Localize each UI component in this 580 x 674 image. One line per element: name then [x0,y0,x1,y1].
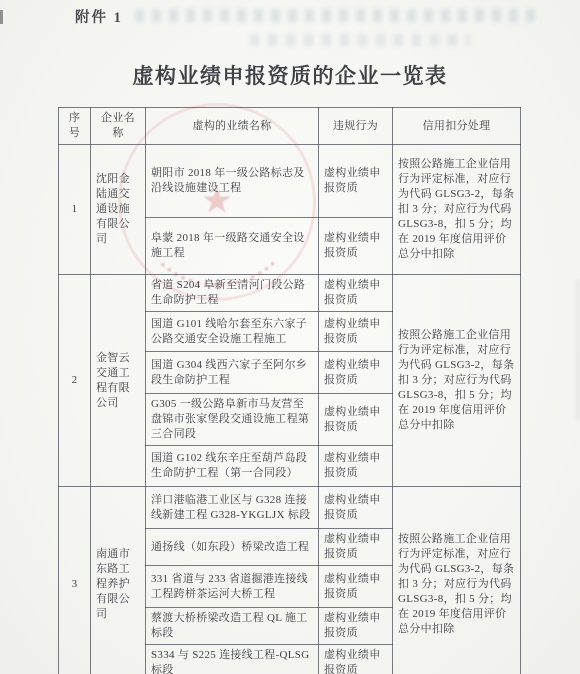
project-cell: 国道 G102 线东辛庄至葫芦岛段生命防护工程（第一合同段） [146,446,319,487]
company-cell: 金智云交通工程有限公司 [91,275,146,487]
bleed-through-text-second-line [250,34,470,46]
attachment-label: 附件 1 [75,6,123,27]
violation-cell: 虚构业绩申报资质 [319,312,393,352]
company-cell: 南通市东路工程养护有限公司 [91,487,146,674]
header-project: 虚构的业绩名称 [146,108,319,145]
seq-cell: 2 [59,275,91,487]
company-cell: 沈阳金陆通交通设施有限公司 [91,145,146,275]
project-cell: G305 一级公路阜新市马友营至盘锦市张家堡段交通设施工程第三合同段 [146,394,319,446]
scan-speck [0,10,3,24]
credit-penalty-cell: 按照公路施工企业信用行为评定标准，对应行为代码 GLSG3-2，每条扣 3 分；… [393,275,521,487]
scan-streak [576,280,580,420]
project-cell: 洋口港临港工业区与 G328 连接线新建工程 G328-YKGLJX 标段 [146,487,319,529]
violation-cell: 虚构业绩申报资质 [319,394,393,446]
project-cell: 331 省道与 233 省道掘港连接线工程跨栟茶运河大桥工程 [146,566,319,608]
violation-cell: 虚构业绩申报资质 [319,218,393,275]
violation-cell: 虚构业绩申报资质 [319,275,393,312]
seq-cell: 3 [59,487,91,674]
header-company: 企业名称 [91,108,146,145]
header-credit-penalty: 信用扣分处理 [393,108,521,145]
project-cell: 阜蒙 2018 年一级路交通安全设施工程 [146,218,319,275]
violation-cell: 虚构业绩申报资质 [319,446,393,487]
project-cell: 通扬线（如东段）桥梁改造工程 [146,529,319,566]
enterprise-list-table: 序号 企业名称 虚构的业绩名称 违规行为 信用扣分处理 1 沈阳金陆通交通设施有… [58,107,521,674]
project-cell: 蔡渡大桥桥梁改造工程 QL 施工标段 [146,608,319,645]
violation-cell: 虚构业绩申报资质 [319,487,393,529]
violation-cell: 虚构业绩申报资质 [319,145,393,218]
violation-cell: 虚构业绩申报资质 [319,529,393,566]
table-row: 1 沈阳金陆通交通设施有限公司 朝阳市 2018 年一级公路标志及沿线设施建设工… [59,145,521,218]
bleed-through-text-top [135,9,535,22]
seq-cell: 1 [59,145,91,275]
table-row: 2 金智云交通工程有限公司 省道 S204 阜新至清河门段公路生命防护工程 虚构… [59,275,521,312]
credit-penalty-cell: 按照公路施工企业信用行为评定标准，对应行为代码 GLSG3-2，每条扣 3 分；… [393,145,521,275]
violation-cell: 虚构业绩申报资质 [319,566,393,608]
header-seq: 序号 [59,108,91,145]
credit-penalty-cell: 按照公路施工企业信用行为评定标准，对应行为代码 GLSG3-2，每条扣 3 分；… [393,487,521,674]
violation-cell: 虚构业绩申报资质 [319,608,393,645]
page-title: 虚构业绩申报资质的企业一览表 [0,60,580,90]
project-cell: 国道 G304 线西六家子至阿尔乡段生命防护工程 [146,352,319,394]
project-cell: 省道 S204 阜新至清河门段公路生命防护工程 [146,275,319,312]
project-cell: 朝阳市 2018 年一级公路标志及沿线设施建设工程 [146,145,319,218]
violation-cell: 虚构业绩申报资质 [319,352,393,394]
violation-cell: 虚构业绩申报资质 [319,645,393,674]
table-row: 3 南通市东路工程养护有限公司 洋口港临港工业区与 G328 连接线新建工程 G… [59,487,521,529]
project-cell: S334 与 S225 连接线工程-QLSG 标段 [146,645,319,674]
table-header-row: 序号 企业名称 虚构的业绩名称 违规行为 信用扣分处理 [59,108,521,145]
header-violation: 违规行为 [319,108,393,145]
project-cell: 国道 G101 线哈尔套至东六家子公路交通安全设施工程施工 [146,312,319,352]
